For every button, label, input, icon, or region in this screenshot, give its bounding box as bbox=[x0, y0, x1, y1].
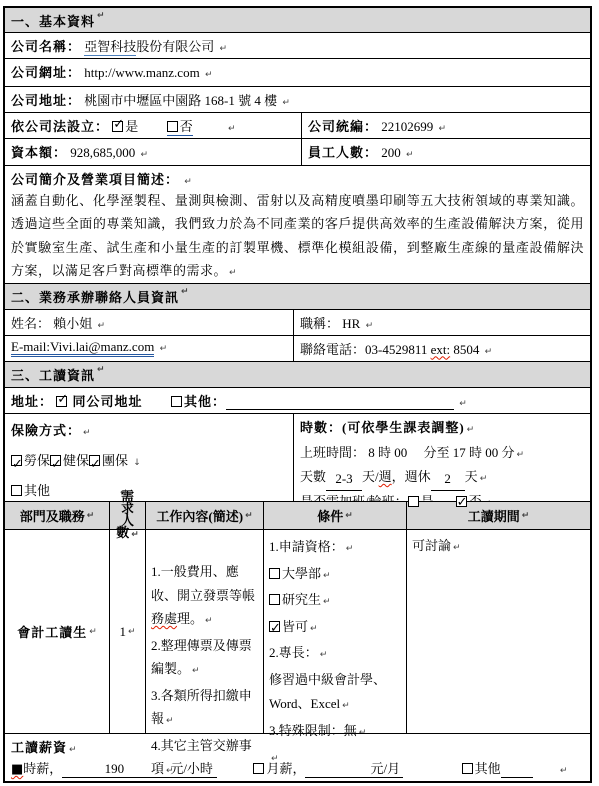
gradstudent-label: 研究生 bbox=[282, 592, 321, 607]
law-yes-label: 是 bbox=[125, 119, 138, 134]
other-address-blank[interactable] bbox=[226, 409, 454, 410]
company-name-label: 公司名稱： bbox=[11, 39, 81, 54]
overtime-yes-checkbox[interactable] bbox=[408, 496, 419, 507]
paragraph-mark: ↵ bbox=[97, 365, 106, 384]
phone-ext-number: 8504 bbox=[450, 342, 479, 357]
capital-value: 928,685,000 bbox=[70, 145, 135, 160]
salary-row: 工讀薪資↵ ■時薪，190元/小時 月薪，元/月 其他 ↵ bbox=[5, 733, 590, 781]
insurance-cell: 保險方式：↵ 勞保健保團保 ↓ 其他↵ bbox=[5, 414, 293, 501]
hourly-unit: 元/小時 bbox=[166, 758, 217, 778]
law-label: 依公司法設立： bbox=[11, 119, 109, 134]
specialty-label: 2.專長： bbox=[269, 645, 318, 660]
phone-ext: ext: bbox=[431, 342, 451, 357]
paragraph-mark: ↵ bbox=[141, 150, 149, 160]
paragraph-mark: ↵ bbox=[310, 624, 318, 634]
paragraph-mark: ↵ bbox=[83, 428, 91, 438]
job-table-row: 會計工讀生↵ 1↵ 1.一般費用、應收、開立發票等帳務處理。↵ 2.整理傳票及傳… bbox=[5, 529, 590, 733]
website-value[interactable]: http://www.manz.com bbox=[84, 65, 199, 80]
duties-cell: 1.一般費用、應收、開立發票等帳務處理。↵ 2.整理傳票及傳票編製。↵ 3.各類… bbox=[145, 530, 263, 733]
paragraph-mark: ↵ bbox=[205, 70, 213, 80]
hourly-filled-checkbox[interactable]: ■ bbox=[11, 762, 23, 777]
anyone-label: 皆可 bbox=[282, 619, 308, 634]
specialty-line2: Word、Excel bbox=[269, 696, 340, 711]
paragraph-mark: ↵ bbox=[345, 511, 353, 521]
monthly-amount-blank[interactable] bbox=[305, 777, 367, 778]
address-label: 公司地址： bbox=[11, 93, 81, 108]
worktime-text: 上班時間： 8 時 00 分至 17 時 00 分 bbox=[300, 445, 515, 460]
work-study-form-document: 一、基本資料 ↵ 公司名稱： 亞智科技股份有限公司 ↵ 公司網址： http:/… bbox=[0, 0, 599, 786]
paragraph-mark: ↵ bbox=[87, 511, 95, 521]
paragraph-mark: ↵ bbox=[205, 616, 213, 626]
capital-employees-row: 資本額： 928,685,000 ↵ 員工人數： 200 ↵ bbox=[5, 138, 590, 164]
other-address-label: 其他： bbox=[184, 394, 226, 409]
paragraph-mark: ↵ bbox=[366, 321, 374, 331]
health-insurance-checkbox[interactable] bbox=[50, 455, 61, 466]
form-table: 一、基本資料 ↵ 公司名稱： 亞智科技股份有限公司 ↵ 公司網址： http:/… bbox=[3, 6, 592, 783]
other-insurance-label: 其他 bbox=[24, 483, 50, 498]
specialty-line1: 修習過中級會計學、 bbox=[269, 672, 386, 687]
address-value: 桃園市中壢區中園路 168-1 號 4 樓 bbox=[84, 93, 277, 108]
company-intro-text: 涵蓋自動化、化學溼製程、量測與檢測、雷射以及高精度噴墨印刷等五大技術領域的專業知… bbox=[5, 188, 590, 286]
company-intro-row: 公司簡介及營業項目簡述： ↵ 涵蓋自動化、化學溼製程、量測與檢測、雷射以及高精度… bbox=[5, 165, 590, 283]
paragraph-mark: ↵ bbox=[323, 597, 331, 607]
paragraph-mark: ↵ bbox=[220, 44, 228, 54]
paragraph-mark: ↵ bbox=[517, 450, 525, 460]
paragraph-mark: ↵ bbox=[192, 666, 200, 676]
health-insurance-label: 健保 bbox=[63, 453, 89, 468]
paragraph-mark: ↵ bbox=[228, 124, 236, 134]
law-no-checkbox[interactable] bbox=[167, 121, 178, 132]
employees-value: 200 bbox=[381, 145, 401, 160]
law-tax-row: 依公司法設立： 是 否 ↵ 公司統編： 22102699 ↵ bbox=[5, 112, 590, 138]
company-name-row: 公司名稱： 亞智科技股份有限公司 ↵ bbox=[5, 32, 590, 58]
paragraph-mark: ↵ bbox=[245, 511, 253, 521]
paragraph-mark: ↵ bbox=[97, 11, 106, 29]
overtime-no-checkbox[interactable] bbox=[456, 496, 467, 507]
period-cell: 可討論↵ bbox=[406, 530, 590, 733]
other-salary-checkbox[interactable] bbox=[462, 763, 473, 774]
paragraph-mark: ↵ bbox=[184, 177, 192, 187]
phone-value: 03-4529811 bbox=[365, 342, 431, 357]
section2-header: 二、業務承辦聯絡人員資訊 ↵ bbox=[5, 283, 590, 309]
paragraph-mark: ↵ bbox=[320, 650, 328, 660]
contact-name-value: 賴小姐 bbox=[53, 316, 92, 331]
job-title-value: HR bbox=[342, 316, 360, 331]
group-insurance-label: 團保 bbox=[102, 453, 128, 468]
paragraph-mark: ↵ bbox=[166, 716, 174, 726]
department-value: 會計工讀生 bbox=[17, 622, 87, 641]
section1-header: 一、基本資料 ↵ bbox=[5, 8, 590, 32]
weekend-label: ，週休 bbox=[392, 469, 431, 484]
hours-label: 時數：(可依學生課表調整) bbox=[300, 420, 465, 435]
monthly-unit: 元/月 bbox=[367, 758, 403, 778]
labor-insurance-checkbox[interactable] bbox=[11, 455, 22, 466]
paragraph-mark: ↵ bbox=[160, 344, 168, 354]
col-headcount-header: 需求人數↵ bbox=[109, 502, 145, 529]
col-department-header: 部門及職務 bbox=[20, 506, 85, 525]
paragraph-mark: ↵ bbox=[181, 287, 190, 306]
intro-label: 公司簡介及營業項目簡述： bbox=[11, 172, 179, 187]
days-suffix: 天 bbox=[465, 469, 478, 484]
work-address-row: 地址： 同公司地址 其他： ↵ bbox=[5, 387, 590, 413]
paragraph-mark: ↵ bbox=[323, 571, 331, 581]
duty-item-2: 2.整理傳票及傳票編製。 bbox=[151, 638, 252, 677]
monthly-checkbox[interactable] bbox=[253, 763, 264, 774]
days-unit: 天/ bbox=[362, 469, 379, 484]
section2-title: 二、業務承辦聯絡人員資訊 bbox=[11, 287, 179, 306]
paragraph-mark: ↵ bbox=[439, 124, 447, 134]
section1-title: 一、基本資料 bbox=[11, 11, 95, 29]
other-insurance-checkbox[interactable] bbox=[11, 485, 22, 496]
paragraph-mark: ↵ bbox=[522, 511, 530, 521]
insurance-hours-row: 保險方式：↵ 勞保健保團保 ↓ 其他↵ 時數：(可依學生課表調整)↵ 上班時間：… bbox=[5, 413, 590, 501]
salary-title: 工讀薪資 bbox=[11, 740, 67, 755]
monthly-label: 月薪， bbox=[266, 761, 305, 776]
email-link[interactable]: E-mail:Vivi.lai@manz.com bbox=[11, 339, 154, 357]
paragraph-mark: ↵ bbox=[342, 701, 350, 711]
hourly-amount: 190 bbox=[105, 761, 125, 776]
days-blank[interactable]: 2-3 bbox=[326, 468, 362, 491]
paragraph-mark: ↵ bbox=[98, 321, 106, 331]
job-title-label: 職稱： bbox=[300, 316, 339, 331]
anyone-checkbox[interactable] bbox=[269, 621, 280, 632]
undergrad-checkbox[interactable] bbox=[269, 568, 280, 579]
other-address-checkbox[interactable] bbox=[171, 396, 182, 407]
contact-email-row: E-mail:Vivi.lai@manz.com ↵ 聯絡電話：03-45298… bbox=[5, 335, 590, 361]
job-table-header: 部門及職務↵ 需求人數↵ 工作內容(簡述)↵ 條件↵ 工讀期間↵ bbox=[5, 501, 590, 529]
contact-name-label: 姓名： bbox=[11, 316, 50, 331]
paragraph-mark: ↵ bbox=[69, 745, 77, 755]
address-row: 公司地址： 桃園市中壢區中園路 168-1 號 4 樓 ↵ bbox=[5, 86, 590, 112]
paragraph-mark: ↵ bbox=[453, 543, 461, 553]
col-period-header: 工讀期間 bbox=[468, 506, 520, 525]
undergrad-label: 大學部 bbox=[282, 566, 321, 581]
paragraph-mark: ↵ bbox=[282, 98, 290, 108]
labor-insurance-label: 勞保 bbox=[24, 453, 50, 468]
law-yes-checkbox[interactable] bbox=[112, 121, 123, 132]
group-insurance-checkbox[interactable] bbox=[89, 455, 100, 466]
tax-id-label: 公司統編： bbox=[308, 119, 378, 134]
contact-name-row: 姓名： 賴小姐 ↵ 職稱： HR ↵ bbox=[5, 309, 590, 335]
same-address-checkbox[interactable] bbox=[56, 396, 67, 407]
other-salary-label: 其他 bbox=[475, 761, 501, 776]
capital-label: 資本額： bbox=[11, 145, 67, 160]
paragraph-mark: ↵ bbox=[459, 399, 467, 409]
hourly-amount-blank[interactable]: 190 bbox=[62, 761, 166, 778]
law-no-label: 否 bbox=[180, 119, 193, 134]
gradstudent-checkbox[interactable] bbox=[269, 594, 280, 605]
phone-label: 聯絡電話： bbox=[300, 342, 365, 357]
period-value: 可討論 bbox=[412, 538, 451, 553]
paragraph-mark: ↵ bbox=[89, 627, 97, 637]
same-address-label: 同公司地址 bbox=[73, 394, 143, 409]
section3-header: 三、工讀資訊 ↵ bbox=[5, 361, 590, 387]
duty-item-1: 1.一般費用、應收、開立發票等帳 bbox=[151, 564, 255, 603]
work-address-label: 地址： bbox=[11, 394, 53, 409]
company-name-rest: 股份有限公司 bbox=[136, 39, 214, 54]
paragraph-mark: ↵ bbox=[346, 544, 354, 554]
paragraph-mark: ↵ bbox=[128, 627, 136, 637]
company-name-link[interactable]: 亞智科技 bbox=[84, 39, 136, 56]
section3-title: 三、工讀資訊 bbox=[11, 365, 95, 384]
paragraph-mark: ↵ bbox=[485, 347, 493, 357]
col-duties-header: 工作內容(簡述) bbox=[156, 506, 243, 525]
days-label: 天數 bbox=[300, 469, 326, 484]
duty-item-1-end: 理。 bbox=[177, 611, 203, 626]
hours-cell: 時數：(可依學生課表調整)↵ 上班時間： 8 時 00 分至 17 時 00 分… bbox=[293, 414, 590, 501]
employees-label: 員工人數： bbox=[308, 145, 378, 160]
insurance-label: 保險方式： bbox=[11, 423, 81, 438]
duty-item-1-misspelled: 務處 bbox=[151, 611, 177, 626]
paragraph-mark: ↵ bbox=[560, 766, 568, 776]
conditions-cell: 1.申請資格：↵ 大學部↵ 研究生↵ 皆可↵ 2.專長：↵ 修習過中級會計學、 … bbox=[263, 530, 406, 733]
website-label: 公司網址： bbox=[11, 65, 81, 80]
paragraph-mark: ↵ bbox=[229, 268, 237, 278]
paragraph-mark: ↵ bbox=[467, 425, 475, 435]
paragraph-mark: ↵ bbox=[480, 474, 488, 484]
qualification-label: 1.申請資格： bbox=[269, 539, 344, 554]
website-row: 公司網址： http://www.manz.com ↵ bbox=[5, 58, 590, 85]
weekend-blank[interactable]: 2 bbox=[431, 468, 465, 491]
other-salary-blank[interactable] bbox=[501, 777, 533, 778]
days-unit-week: 週 bbox=[379, 469, 392, 484]
headcount-value: 1 bbox=[119, 624, 126, 640]
linebreak-mark: ↓ bbox=[133, 458, 141, 468]
col-conditions-header: 條件 bbox=[317, 506, 343, 525]
hourly-label: 時薪， bbox=[23, 761, 62, 776]
paragraph-mark: ↵ bbox=[406, 150, 414, 160]
tax-id-value: 22102699 bbox=[381, 119, 433, 134]
